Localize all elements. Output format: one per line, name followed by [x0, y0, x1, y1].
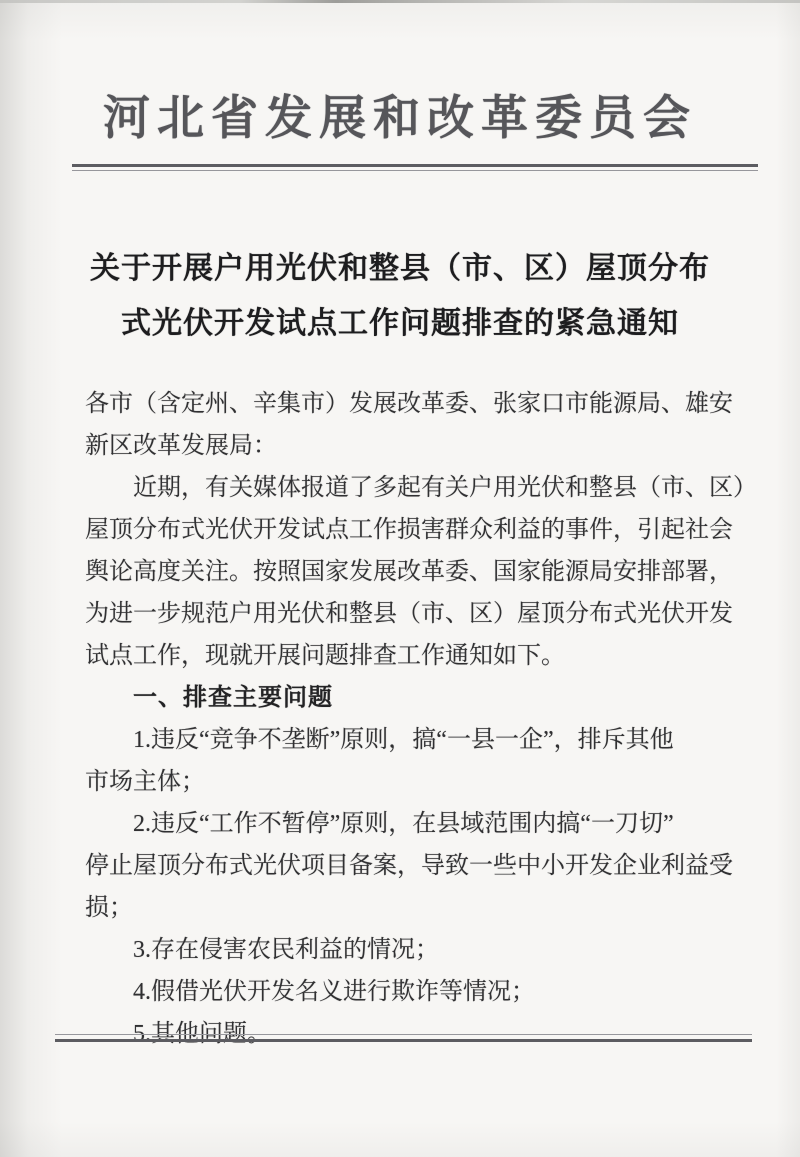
letterhead-section: 河北省发展和改革委员会	[0, 0, 800, 171]
paragraph-line: 近期，有关媒体报道了多起有关户用光伏和整县（市、区）	[85, 467, 745, 509]
list-item-line: 1.违反“竞争不垄断”原则，搞“一县一企”，排斥其他	[85, 719, 745, 761]
list-item-line: 市场主体；	[85, 761, 745, 803]
paragraph-line: 屋顶分布式光伏开发试点工作损害群众利益的事件，引起社会	[85, 509, 745, 551]
scan-edge-artifact	[0, 0, 800, 3]
document-title: 关于开展户用光伏和整县（市、区）屋顶分布 式光伏开发试点工作问题排查的紧急通知	[0, 241, 800, 351]
list-item-line: 损；	[85, 887, 745, 929]
list-item-line: 2.违反“工作不暂停”原则，在县域范围内搞“一刀切”	[85, 803, 745, 845]
list-item-line: 4.假借光伏开发名义进行欺诈等情况；	[85, 971, 745, 1013]
title-line-2: 式光伏开发试点工作问题排查的紧急通知	[0, 296, 800, 351]
letterhead-divider	[72, 164, 758, 171]
letterhead-org-name: 河北省发展和改革委员会	[0, 0, 800, 146]
scanned-document-page: 河北省发展和改革委员会 关于开展户用光伏和整县（市、区）屋顶分布 式光伏开发试点…	[0, 0, 800, 1157]
section-heading: 一、排查主要问题	[85, 677, 745, 719]
paragraph-line: 试点工作，现就开展问题排查工作通知如下。	[85, 635, 745, 677]
paragraph-line: 为进一步规范户用光伏和整县（市、区）屋顶分布式光伏开发	[85, 593, 745, 635]
title-line-1: 关于开展户用光伏和整县（市、区）屋顶分布	[0, 241, 800, 296]
list-item-line: 停止屋顶分布式光伏项目备案，导致一些中小开发企业利益受	[85, 845, 745, 887]
paragraph-line: 舆论高度关注。按照国家发展改革委、国家能源局安排部署，	[85, 551, 745, 593]
document-body: 各市（含定州、辛集市）发展改革委、张家口市能源局、雄安 新区改革发展局： 近期，…	[85, 383, 745, 1055]
salutation-line: 各市（含定州、辛集市）发展改革委、张家口市能源局、雄安	[85, 383, 745, 425]
footer-divider	[55, 1034, 752, 1042]
list-item-line: 3.存在侵害农民利益的情况；	[85, 929, 745, 971]
salutation-line: 新区改革发展局：	[85, 425, 745, 467]
